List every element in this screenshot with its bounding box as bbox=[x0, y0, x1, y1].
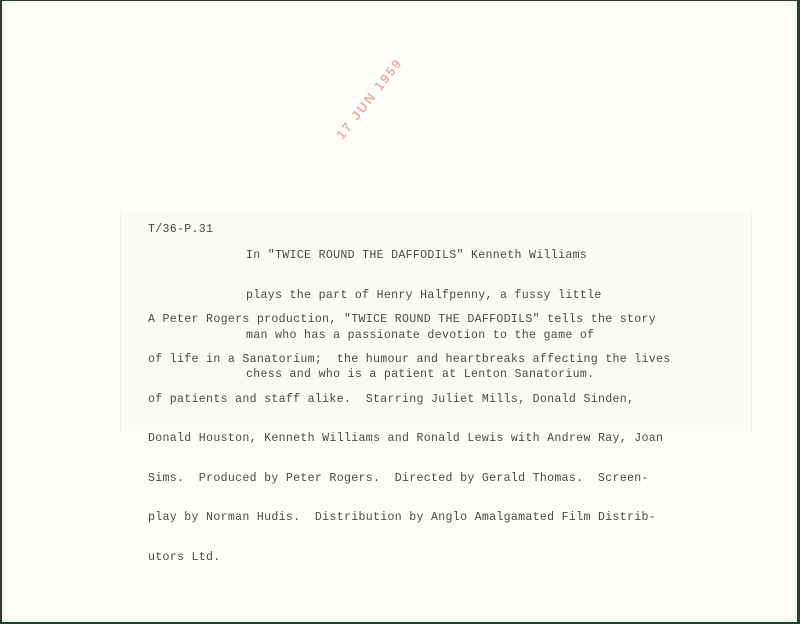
production-notes: A Peter Rogers production, "TWICE ROUND … bbox=[148, 287, 671, 591]
body-line: A Peter Rogers production, "TWICE ROUND … bbox=[148, 313, 671, 326]
body-line: play by Norman Hudis. Distribution by An… bbox=[148, 511, 671, 524]
body-line: Sims. Produced by Peter Rogers. Directed… bbox=[148, 472, 671, 485]
reference-number: T/36-P.31 bbox=[148, 223, 213, 236]
photo-back-paper: 17 JUN 1959 T/36-P.31 In "TWICE ROUND TH… bbox=[2, 1, 797, 622]
body-line: of life in a Sanatorium; the humour and … bbox=[148, 353, 671, 366]
body-line: Donald Houston, Kenneth Williams and Ron… bbox=[148, 432, 671, 445]
body-line: utors Ltd. bbox=[148, 551, 671, 564]
caption-line: In "TWICE ROUND THE DAFFODILS" Kenneth W… bbox=[246, 249, 602, 262]
date-stamp: 17 JUN 1959 bbox=[333, 55, 406, 142]
body-line: of patients and staff alike. Starring Ju… bbox=[148, 393, 671, 406]
